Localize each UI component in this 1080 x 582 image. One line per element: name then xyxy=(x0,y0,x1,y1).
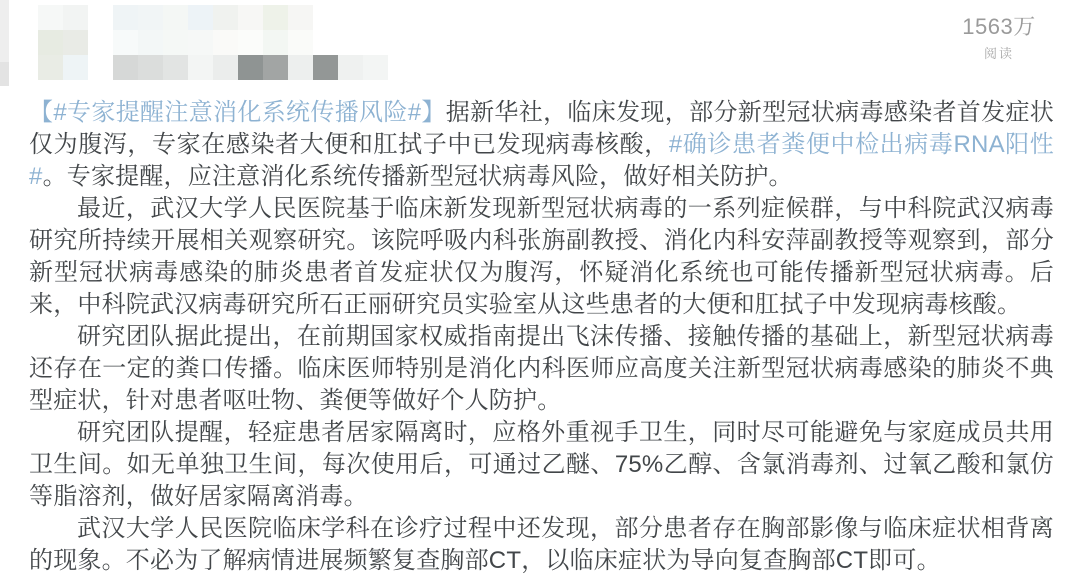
mosaic-cell xyxy=(138,5,163,30)
paragraph: 研究团队提醒，轻症患者居家隔离时，应格外重视手卫生，同时尽可能避免与家庭成员共用… xyxy=(29,417,1054,513)
body-text: 武汉大学人民医院临床学科在诊疗过程中还发现，部分患者存在胸部影像与临床症状相背离… xyxy=(29,515,1054,574)
mosaic-cell xyxy=(88,5,113,30)
mosaic-cell xyxy=(38,55,63,80)
mosaic-cell xyxy=(363,30,388,55)
mosaic-cell xyxy=(288,5,313,30)
mosaic-cell xyxy=(238,5,263,30)
mosaic-cell xyxy=(363,55,388,80)
mosaic-cell xyxy=(213,5,238,30)
body-text: 最近，武汉大学人民医院基于临床新发现新型冠状病毒的一系列症候群，与中科院武汉病毒… xyxy=(29,195,1054,318)
mosaic-cell xyxy=(213,30,238,55)
mosaic-cell xyxy=(388,30,413,55)
mosaic-cell xyxy=(38,30,63,55)
article-body: 【#专家提醒注意消化系统传播风险#】据新华社，临床发现，部分新型冠状病毒感染者首… xyxy=(0,97,1080,577)
redacted-user-info xyxy=(38,5,413,80)
mosaic-cell xyxy=(113,30,138,55)
paragraph: 研究团队据此提出，在前期国家权威指南提出飞沫传播、接触传播的基础上，新型冠状病毒… xyxy=(29,321,1054,417)
mosaic-cell xyxy=(338,30,363,55)
mosaic-cell xyxy=(313,5,338,30)
mosaic-cell xyxy=(138,30,163,55)
mosaic-cell xyxy=(38,5,63,30)
mosaic-cell xyxy=(63,30,88,55)
mosaic-cell xyxy=(263,30,288,55)
mosaic-cell xyxy=(163,5,188,30)
body-text: 研究团队提醒，轻症患者居家隔离时，应格外重视手卫生，同时尽可能避免与家庭成员共用… xyxy=(29,419,1054,510)
screen-edge-artifact xyxy=(0,0,9,86)
mosaic-cell xyxy=(363,5,388,30)
mosaic-cell xyxy=(338,55,363,80)
mosaic-cell xyxy=(188,30,213,55)
read-count: 1563万 xyxy=(954,14,1044,40)
mosaic-cell xyxy=(263,5,288,30)
read-count-label: 阅读 xyxy=(954,43,1044,62)
mosaic-cell xyxy=(338,5,363,30)
mosaic-cell xyxy=(138,55,163,80)
read-count-block: 1563万 阅读 xyxy=(954,14,1044,62)
mosaic-cell xyxy=(213,55,238,80)
mosaic-cell xyxy=(113,55,138,80)
mosaic-cell xyxy=(313,30,338,55)
paragraph: 【#专家提醒注意消化系统传播风险#】据新华社，临床发现，部分新型冠状病毒感染者首… xyxy=(29,97,1054,193)
screen-edge-notch xyxy=(0,62,9,86)
mosaic-cell xyxy=(63,5,88,30)
paragraph: 最近，武汉大学人民医院基于临床新发现新型冠状病毒的一系列症候群，与中科院武汉病毒… xyxy=(29,193,1054,321)
mosaic-cell xyxy=(88,30,113,55)
mosaic-cell xyxy=(313,55,338,80)
mosaic-cell xyxy=(388,55,413,80)
mosaic-cell xyxy=(88,55,113,80)
post-header: 1563万 阅读 xyxy=(0,0,1080,97)
mosaic-cell xyxy=(188,55,213,80)
body-text: 研究团队据此提出，在前期国家权威指南提出飞沫传播、接触传播的基础上，新型冠状病毒… xyxy=(29,323,1054,414)
mosaic-cell xyxy=(263,55,288,80)
mosaic-cell xyxy=(113,5,138,30)
mosaic-cell xyxy=(188,5,213,30)
mosaic-cell xyxy=(288,55,313,80)
paragraph: 武汉大学人民医院临床学科在诊疗过程中还发现，部分患者存在胸部影像与临床症状相背离… xyxy=(29,513,1054,577)
mosaic-cell xyxy=(288,30,313,55)
mosaic-cell xyxy=(63,55,88,80)
mosaic-cell xyxy=(163,30,188,55)
hashtag-link[interactable]: 【#专家提醒注意消化系统传播风险#】 xyxy=(29,99,446,126)
mosaic-cell xyxy=(388,5,413,30)
body-text: 。专家提醒，应注意消化系统传播新型冠状病毒风险，做好相关防护。 xyxy=(43,163,793,190)
mosaic-cell xyxy=(163,55,188,80)
mosaic-cell xyxy=(238,55,263,80)
mosaic-cell xyxy=(238,30,263,55)
